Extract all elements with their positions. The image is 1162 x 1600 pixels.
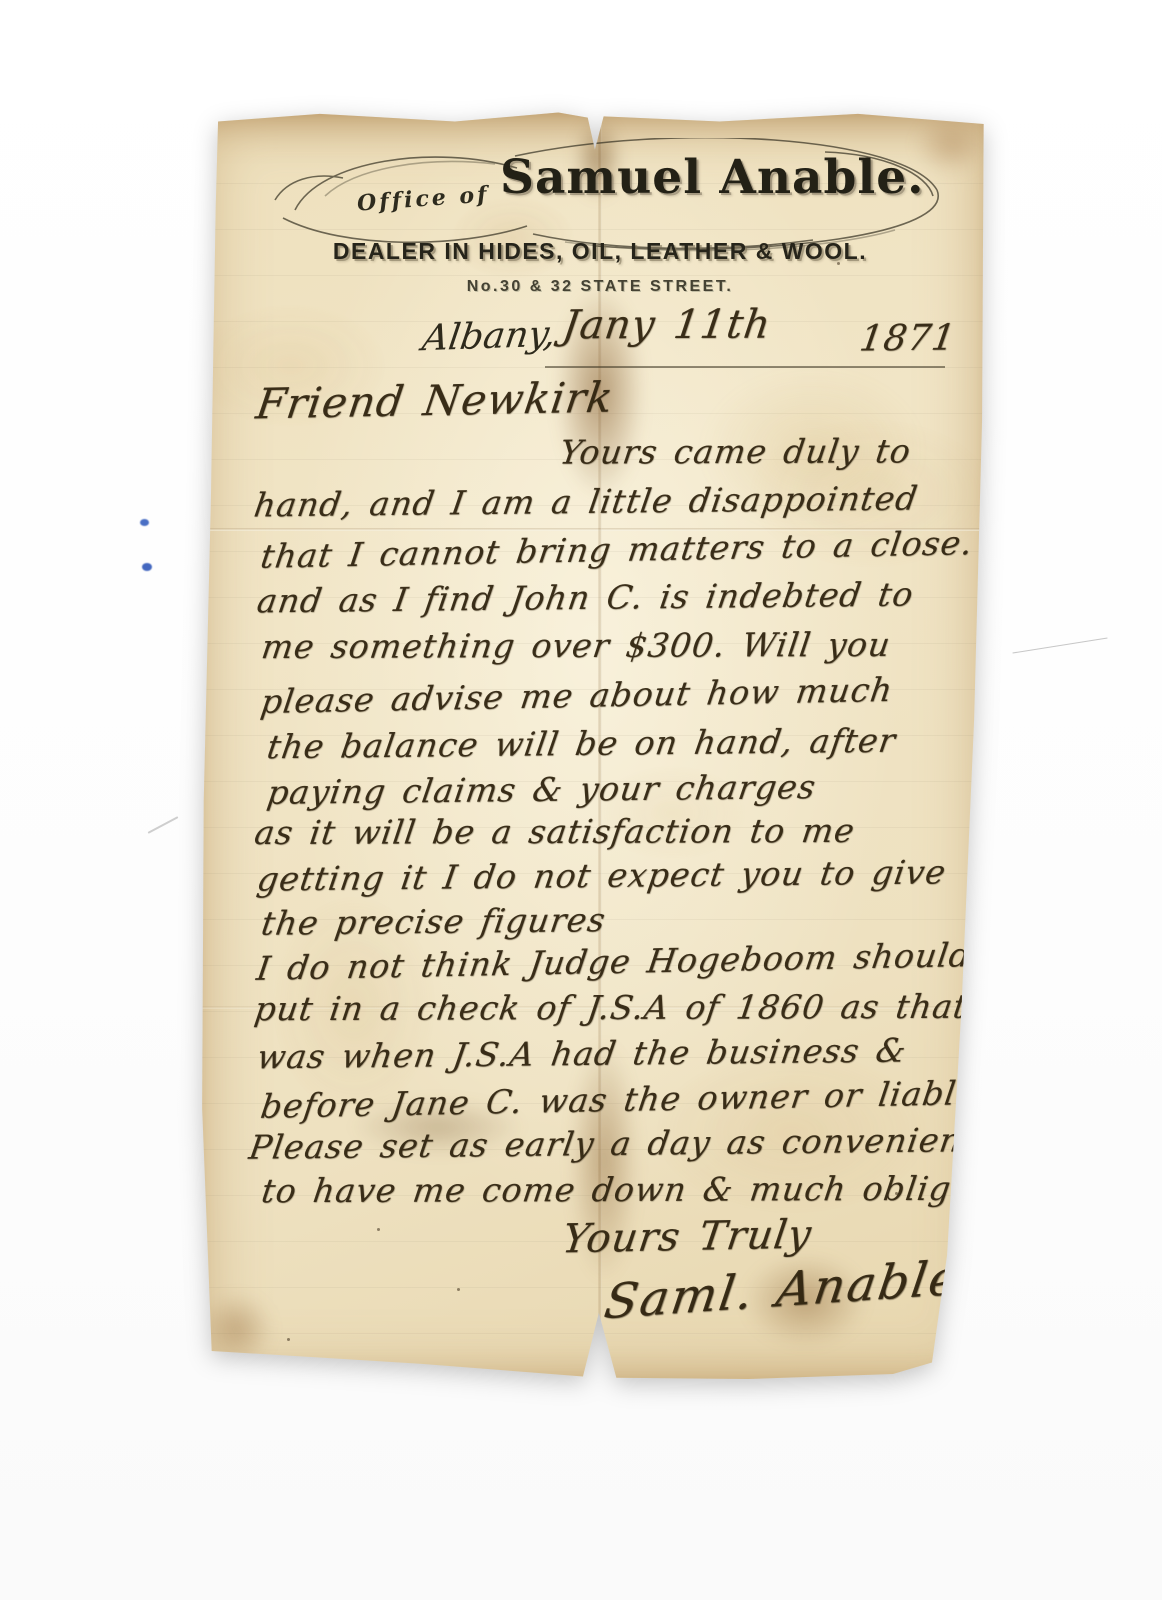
scanner-background: Office of Samuel Anable. DEALER IN HIDES… [0, 0, 1162, 1600]
letter-line: put in a check of J.S.A of 1860 as that [252, 987, 970, 1028]
dateline-rule [545, 366, 945, 368]
hairline-scratch [1013, 637, 1108, 653]
signature: Saml. Anable [601, 1250, 964, 1330]
closing: Yours Truly [559, 1212, 814, 1263]
letter-line: as it will be a satisfaction to me [252, 811, 857, 852]
dateline-city: Albany, [420, 314, 559, 360]
letter-line: to have me come down & much oblige [259, 1169, 974, 1210]
blue-ink-mark [140, 519, 149, 526]
corner-stain [199, 1292, 274, 1367]
letter-line: that I cannot bring matters to a close. [258, 523, 975, 576]
dateline-year: 1871 [857, 318, 959, 360]
letter-line: the precise figures [259, 900, 609, 943]
letter-line: before Jane C. was the owner or liable [258, 1073, 979, 1126]
letterhead-address-line: No.30 & 32 STATE STREET. [467, 278, 734, 296]
letter-line: hand, and I am a little disappointed [252, 479, 921, 525]
letter-line: and as I find John C. is indebted to [255, 575, 917, 621]
letter-line: please advise me about how much [258, 670, 895, 721]
letter-line: Please set as early a day as convenient [247, 1120, 980, 1167]
pencil-scuff [148, 816, 179, 834]
letter-line: me something over $300. Will you [259, 625, 893, 666]
letter-paper: Office of Samuel Anable. DEALER IN HIDES… [195, 110, 990, 1388]
letter-line: was when J.S.A had the business & [255, 1031, 910, 1077]
paper-speck [377, 1228, 380, 1231]
letterhead-dealer-line: DEALER IN HIDES, OIL, LEATHER & WOOL. [333, 238, 867, 265]
salutation: Friend Newkirk [253, 373, 617, 429]
letter-line: getting it I do not expect you to give [255, 852, 949, 898]
letterhead-company-name: Samuel Anable. [500, 150, 925, 205]
letter-line: Yours came duly to [557, 431, 913, 471]
paper-speck [287, 1338, 290, 1341]
blue-ink-mark [142, 563, 152, 571]
dateline-date: Jany 11th [560, 302, 774, 349]
paper-speck [457, 1288, 460, 1291]
letter-line: the balance will be on hand, after [265, 721, 899, 767]
letter-line: paying claims & your charges [265, 767, 819, 812]
letter-line: I do not think Judge Hogeboom should [254, 935, 974, 988]
